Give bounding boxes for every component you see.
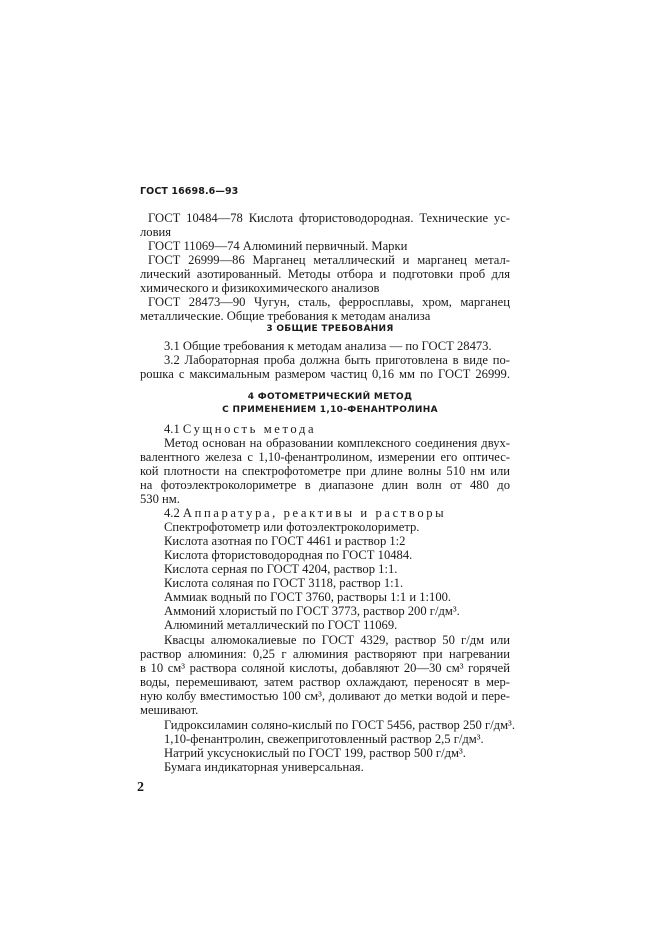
alum-solution-line2: раствор алюминия: 0,25 г алюминия раство… xyxy=(140,647,510,661)
clause-4-2-number: 4.2 xyxy=(164,506,180,520)
reagent-item: Кислота азотная по ГОСТ 4461 и раствор 1… xyxy=(164,534,405,548)
clause-4-1-line4: на фотоэлектроколориметре в диапазоне дл… xyxy=(140,478,510,492)
reference-10484-line1: ГОСТ 10484—78 Кислота фтористоводородная… xyxy=(148,211,510,225)
clause-3-2-line2: рошка с максимальным размером частиц 0,1… xyxy=(140,367,510,381)
clause-4-1-line2: валентного железа с 1,10-фенантролином, … xyxy=(140,450,510,464)
section-4-title-line1: 4 ФОТОМЕТРИЧЕСКИЙ МЕТОД xyxy=(140,390,520,404)
reagent-item: Аммиак водный по ГОСТ 3760, растворы 1:1… xyxy=(164,590,451,604)
reagent-item: Гидроксиламин соляно-кислый по ГОСТ 5456… xyxy=(164,718,515,732)
clause-4-1-heading: 4.1 Сущность метода xyxy=(164,422,316,436)
clause-4-1-title: Сущность метода xyxy=(183,422,316,436)
reference-10484-line2: ловия xyxy=(140,225,171,239)
page-number: 2 xyxy=(137,781,144,795)
clause-4-1-number: 4.1 xyxy=(164,422,180,436)
clause-4-1-line5: 530 нм. xyxy=(140,492,180,506)
reference-28473-line1: ГОСТ 28473—90 Чугун, сталь, ферросплавы,… xyxy=(148,295,510,309)
reference-26999-line2: лический азотированный. Методы отбора и … xyxy=(140,267,510,281)
alum-solution-line3: в 10 см³ раствора соляной кислоты, добав… xyxy=(140,661,510,675)
reagent-item: Аммоний хлористый по ГОСТ 3773, раствор … xyxy=(164,604,460,618)
alum-solution-line6: мешивают. xyxy=(140,703,198,717)
clause-4-1-line1: Метод основан на образовании комплексног… xyxy=(164,436,510,450)
clause-4-2-heading: 4.2 Аппаратура, реактивы и растворы xyxy=(164,506,446,520)
reagent-item: 1,10-фенантролин, свежеприготовленный ра… xyxy=(164,732,484,746)
reagent-item: Натрий уксуснокислый по ГОСТ 199, раство… xyxy=(164,746,466,760)
reference-26999-line1: ГОСТ 26999—86 Марганец металлический и м… xyxy=(148,253,510,267)
clause-3-1: 3.1 Общие требования к методам анализа —… xyxy=(164,339,492,353)
reagent-item: Бумага индикаторная универсальная. xyxy=(164,760,364,774)
reference-26999-line3: химического и физикохимического анализов xyxy=(140,281,379,295)
reagent-item: Спектрофотометр или фотоэлектроколоримет… xyxy=(164,520,419,534)
reagent-item: Кислота соляная по ГОСТ 3118, раствор 1:… xyxy=(164,576,403,590)
reagent-item: Кислота серная по ГОСТ 4204, раствор 1:1… xyxy=(164,562,397,576)
document-page: ГОСТ 16698.6—93 ГОСТ 10484—78 Кислота фт… xyxy=(0,0,661,935)
alum-solution-line5: ную колбу вместимостью 100 см³, доливают… xyxy=(140,689,510,703)
reference-11069: ГОСТ 11069—74 Алюминий первичный. Марки xyxy=(148,239,407,253)
section-4-title-line2: С ПРИМЕНЕНИЕМ 1,10-ФЕНАНТРОЛИНА xyxy=(140,403,520,417)
clause-3-2-line1: 3.2 Лабораторная проба должна быть приго… xyxy=(164,353,510,367)
reagent-item: Кислота фтористоводородная по ГОСТ 10484… xyxy=(164,548,412,562)
reagent-item: Алюминий металлический по ГОСТ 11069. xyxy=(164,618,397,632)
clause-4-2-title: Аппаратура, реактивы и растворы xyxy=(183,506,446,520)
running-header: ГОСТ 16698.6—93 xyxy=(140,185,238,199)
alum-solution-line4: воды, перемешивают, затем раствор охлажд… xyxy=(140,675,510,689)
reference-28473-line2: металлические. Общие требования к метода… xyxy=(140,309,430,323)
alum-solution-line1: Квасцы алюмокалиевые по ГОСТ 4329, раств… xyxy=(164,633,510,647)
section-3-title: 3 ОБЩИЕ ТРЕБОВАНИЯ xyxy=(140,322,520,336)
clause-4-1-line3: кой плотности на спектрофотометре при дл… xyxy=(140,464,510,478)
